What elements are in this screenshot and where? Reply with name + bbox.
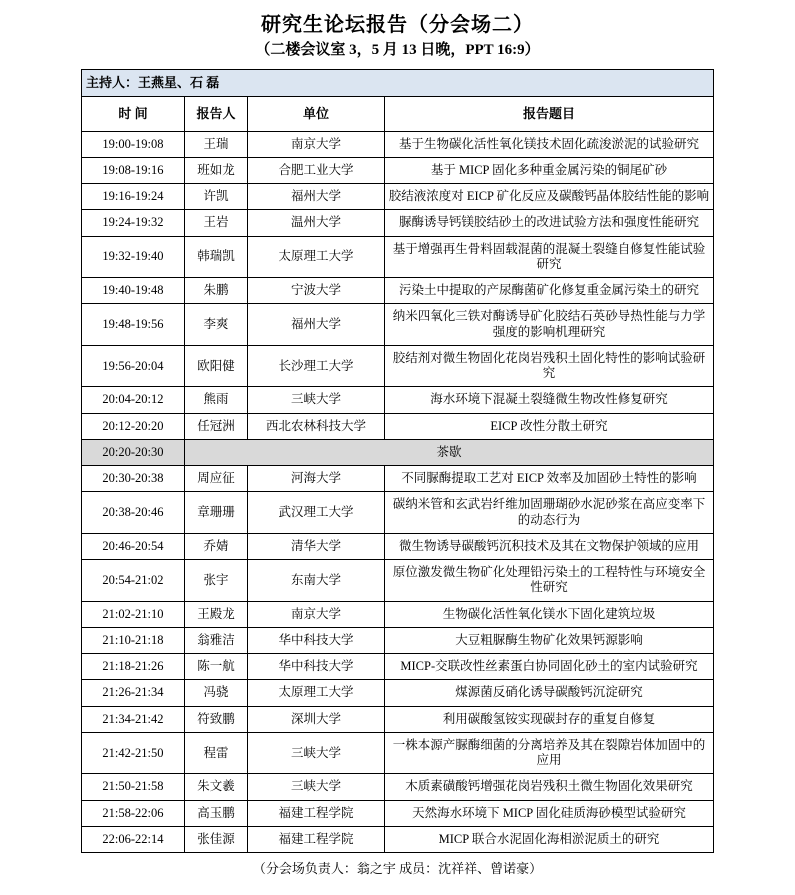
time-cell: 19:00-19:08	[81, 131, 184, 157]
speaker-cell: 翁雅洁	[184, 627, 247, 653]
speaker-cell: 朱文羲	[184, 774, 247, 800]
table-row: 20:54-21:02张宇东南大学原位激发微生物矿化处理铅污染土的工程特性与环境…	[81, 560, 713, 602]
speaker-cell: 程雷	[184, 732, 247, 774]
affiliation-cell: 福建工程学院	[247, 800, 384, 826]
title-cell: EICP 改性分散土研究	[384, 413, 713, 439]
table-row: 19:08-19:16班如龙合肥工业大学基于 MICP 固化多种重金属污染的铜尾…	[81, 157, 713, 183]
title-cell: 大豆粗脲酶生物矿化效果钙源影响	[384, 627, 713, 653]
speaker-cell: 张宇	[184, 560, 247, 602]
affiliation-cell: 华中科技大学	[247, 654, 384, 680]
page-title: 研究生论坛报告（分会场二）	[0, 12, 795, 38]
title-cell: 基于增强再生骨料固载混菌的混凝土裂缝自修复性能试验研究	[384, 236, 713, 278]
affiliation-cell: 武汉理工大学	[247, 492, 384, 534]
table-row: 20:38-20:46章珊珊武汉理工大学碳纳米管和玄武岩纤维加固珊瑚砂水泥砂浆在…	[81, 492, 713, 534]
table-row: 21:34-21:42符致鹏深圳大学利用碳酸氢铵实现碳封存的重复自修复	[81, 706, 713, 732]
time-cell: 20:38-20:46	[81, 492, 184, 534]
affiliation-cell: 南京大学	[247, 131, 384, 157]
time-cell: 21:42-21:50	[81, 732, 184, 774]
page-subtitle: （二楼会议室 3，5 月 13 日晚，PPT 16:9）	[0, 40, 795, 61]
column-header-affiliation: 单位	[247, 96, 384, 131]
table-row: 19:48-19:56李爽福州大学纳米四氧化三铁对酶诱导矿化胶结石英砂导热性能与…	[81, 304, 713, 346]
time-cell: 21:18-21:26	[81, 654, 184, 680]
affiliation-cell: 南京大学	[247, 601, 384, 627]
column-header-time: 时 间	[81, 96, 184, 131]
time-cell: 19:32-19:40	[81, 236, 184, 278]
table-row: 19:00-19:08王瑞南京大学基于生物碳化活性氧化镁技术固化疏浚淤泥的试验研…	[81, 131, 713, 157]
speaker-cell: 陈一航	[184, 654, 247, 680]
affiliation-cell: 温州大学	[247, 210, 384, 236]
title-cell: MICP-交联改性丝素蛋白协同固化砂土的室内试验研究	[384, 654, 713, 680]
affiliation-cell: 长沙理工大学	[247, 345, 384, 387]
time-cell: 19:48-19:56	[81, 304, 184, 346]
affiliation-cell: 福建工程学院	[247, 826, 384, 852]
time-cell: 21:34-21:42	[81, 706, 184, 732]
title-cell: 胶结剂对微生物固化花岗岩残积土固化特性的影响试验研究	[384, 345, 713, 387]
table-row: 19:32-19:40韩瑞凯太原理工大学基于增强再生骨料固载混菌的混凝土裂缝自修…	[81, 236, 713, 278]
document-page: 研究生论坛报告（分会场二） （二楼会议室 3，5 月 13 日晚，PPT 16:…	[0, 0, 795, 895]
time-cell: 21:02-21:10	[81, 601, 184, 627]
speaker-cell: 班如龙	[184, 157, 247, 183]
time-cell: 19:40-19:48	[81, 278, 184, 304]
speaker-cell: 欧阳健	[184, 345, 247, 387]
title-cell: 一株本源产脲酶细菌的分离培养及其在裂隙岩体加固中的应用	[384, 732, 713, 774]
column-header-title: 报告题目	[384, 96, 713, 131]
speaker-cell: 韩瑞凯	[184, 236, 247, 278]
speaker-cell: 朱鹏	[184, 278, 247, 304]
table-row: 19:40-19:48朱鹏宁波大学污染土中提取的产尿酶菌矿化修复重金属污染土的研…	[81, 278, 713, 304]
time-cell: 19:56-20:04	[81, 345, 184, 387]
title-cell: 胶结液浓度对 EICP 矿化反应及碳酸钙晶体胶结性能的影响	[384, 184, 713, 210]
affiliation-cell: 西北农林科技大学	[247, 413, 384, 439]
time-cell: 21:26-21:34	[81, 680, 184, 706]
title-cell: 不同脲酶提取工艺对 EICP 效率及加固砂土特性的影响	[384, 466, 713, 492]
affiliation-cell: 三峡大学	[247, 732, 384, 774]
table-row: 20:12-20:20任冠洲西北农林科技大学EICP 改性分散土研究	[81, 413, 713, 439]
affiliation-cell: 清华大学	[247, 533, 384, 559]
title-cell: 海水环境下混凝土裂缝微生物改性修复研究	[384, 387, 713, 413]
title-cell: 煤源菌反硝化诱导碳酸钙沉淀研究	[384, 680, 713, 706]
speaker-cell: 高玉鹏	[184, 800, 247, 826]
speaker-cell: 符致鹏	[184, 706, 247, 732]
table-row: 22:06-22:14张佳源福建工程学院MICP 联合水泥固化海相淤泥质土的研究	[81, 826, 713, 852]
time-cell: 20:46-20:54	[81, 533, 184, 559]
affiliation-cell: 宁波大学	[247, 278, 384, 304]
host-row: 主持人：王燕星、石 磊	[81, 70, 713, 97]
host-label: 主持人：王燕星、石 磊	[81, 70, 713, 97]
title-cell: 原位激发微生物矿化处理铅污染土的工程特性与环境安全性研究	[384, 560, 713, 602]
title-cell: 污染土中提取的产尿酶菌矿化修复重金属污染土的研究	[384, 278, 713, 304]
schedule-body: 19:00-19:08王瑞南京大学基于生物碳化活性氧化镁技术固化疏浚淤泥的试验研…	[81, 131, 713, 853]
affiliation-cell: 合肥工业大学	[247, 157, 384, 183]
speaker-cell: 任冠洲	[184, 413, 247, 439]
table-row: 20:46-20:54乔婧清华大学微生物诱导碳酸钙沉积技术及其在文物保护领域的应…	[81, 533, 713, 559]
time-cell: 19:08-19:16	[81, 157, 184, 183]
time-cell: 22:06-22:14	[81, 826, 184, 852]
speaker-cell: 周应征	[184, 466, 247, 492]
schedule-table: 主持人：王燕星、石 磊 时 间 报告人 单位 报告题目 19:00-19:08王…	[81, 69, 714, 853]
time-cell: 21:10-21:18	[81, 627, 184, 653]
table-row: 21:02-21:10王殿龙南京大学生物碳化活性氧化镁水下固化建筑垃圾	[81, 601, 713, 627]
time-cell: 20:04-20:12	[81, 387, 184, 413]
affiliation-cell: 福州大学	[247, 184, 384, 210]
table-row: 21:58-22:06高玉鹏福建工程学院天然海水环境下 MICP 固化硅质海砂模…	[81, 800, 713, 826]
title-cell: 利用碳酸氢铵实现碳封存的重复自修复	[384, 706, 713, 732]
column-header-speaker: 报告人	[184, 96, 247, 131]
page-footer: （分会场负责人：翁之宇 成员：沈祥祥、曾诺豪）	[0, 858, 795, 887]
affiliation-cell: 太原理工大学	[247, 236, 384, 278]
column-header-row: 时 间 报告人 单位 报告题目	[81, 96, 713, 131]
title-cell: 脲酶诱导钙镁胶结砂土的改进试验方法和强度性能研究	[384, 210, 713, 236]
table-row: 21:42-21:50程雷三峡大学一株本源产脲酶细菌的分离培养及其在裂隙岩体加固…	[81, 732, 713, 774]
table-row: 20:04-20:12熊雨三峡大学海水环境下混凝土裂缝微生物改性修复研究	[81, 387, 713, 413]
speaker-cell: 王殿龙	[184, 601, 247, 627]
time-cell: 20:30-20:38	[81, 466, 184, 492]
title-cell: MICP 联合水泥固化海相淤泥质土的研究	[384, 826, 713, 852]
speaker-cell: 许凯	[184, 184, 247, 210]
time-cell: 19:16-19:24	[81, 184, 184, 210]
speaker-cell: 张佳源	[184, 826, 247, 852]
title-cell: 纳米四氧化三铁对酶诱导矿化胶结石英砂导热性能与力学强度的影响机理研究	[384, 304, 713, 346]
table-row: 19:16-19:24许凯福州大学胶结液浓度对 EICP 矿化反应及碳酸钙晶体胶…	[81, 184, 713, 210]
affiliation-cell: 三峡大学	[247, 387, 384, 413]
speaker-cell: 冯骁	[184, 680, 247, 706]
affiliation-cell: 东南大学	[247, 560, 384, 602]
title-cell: 碳纳米管和玄武岩纤维加固珊瑚砂水泥砂浆在高应变率下的动态行为	[384, 492, 713, 534]
speaker-cell: 王瑞	[184, 131, 247, 157]
time-cell: 19:24-19:32	[81, 210, 184, 236]
affiliation-cell: 华中科技大学	[247, 627, 384, 653]
table-row: 21:50-21:58朱文羲三峡大学木质素磺酸钙增强花岗岩残积土微生物固化效果研…	[81, 774, 713, 800]
affiliation-cell: 深圳大学	[247, 706, 384, 732]
table-row: 21:26-21:34冯骁太原理工大学煤源菌反硝化诱导碳酸钙沉淀研究	[81, 680, 713, 706]
break-label: 茶歇	[184, 439, 713, 465]
affiliation-cell: 太原理工大学	[247, 680, 384, 706]
table-row: 20:30-20:38周应征河海大学不同脲酶提取工艺对 EICP 效率及加固砂土…	[81, 466, 713, 492]
speaker-cell: 王岩	[184, 210, 247, 236]
title-cell: 基于 MICP 固化多种重金属污染的铜尾矿砂	[384, 157, 713, 183]
title-cell: 基于生物碳化活性氧化镁技术固化疏浚淤泥的试验研究	[384, 131, 713, 157]
table-row: 19:56-20:04欧阳健长沙理工大学胶结剂对微生物固化花岗岩残积土固化特性的…	[81, 345, 713, 387]
title-cell: 木质素磺酸钙增强花岗岩残积土微生物固化效果研究	[384, 774, 713, 800]
title-cell: 天然海水环境下 MICP 固化硅质海砂模型试验研究	[384, 800, 713, 826]
affiliation-cell: 河海大学	[247, 466, 384, 492]
time-cell: 20:54-21:02	[81, 560, 184, 602]
title-cell: 微生物诱导碳酸钙沉积技术及其在文物保护领域的应用	[384, 533, 713, 559]
speaker-cell: 章珊珊	[184, 492, 247, 534]
affiliation-cell: 三峡大学	[247, 774, 384, 800]
speaker-cell: 熊雨	[184, 387, 247, 413]
title-cell: 生物碳化活性氧化镁水下固化建筑垃圾	[384, 601, 713, 627]
time-cell: 21:50-21:58	[81, 774, 184, 800]
time-cell: 21:58-22:06	[81, 800, 184, 826]
affiliation-cell: 福州大学	[247, 304, 384, 346]
table-row: 21:18-21:26陈一航华中科技大学MICP-交联改性丝素蛋白协同固化砂土的…	[81, 654, 713, 680]
break-row: 20:20-20:30茶歇	[81, 439, 713, 465]
table-row: 19:24-19:32王岩温州大学脲酶诱导钙镁胶结砂土的改进试验方法和强度性能研…	[81, 210, 713, 236]
speaker-cell: 乔婧	[184, 533, 247, 559]
time-cell: 20:20-20:30	[81, 439, 184, 465]
time-cell: 20:12-20:20	[81, 413, 184, 439]
speaker-cell: 李爽	[184, 304, 247, 346]
table-row: 21:10-21:18翁雅洁华中科技大学大豆粗脲酶生物矿化效果钙源影响	[81, 627, 713, 653]
